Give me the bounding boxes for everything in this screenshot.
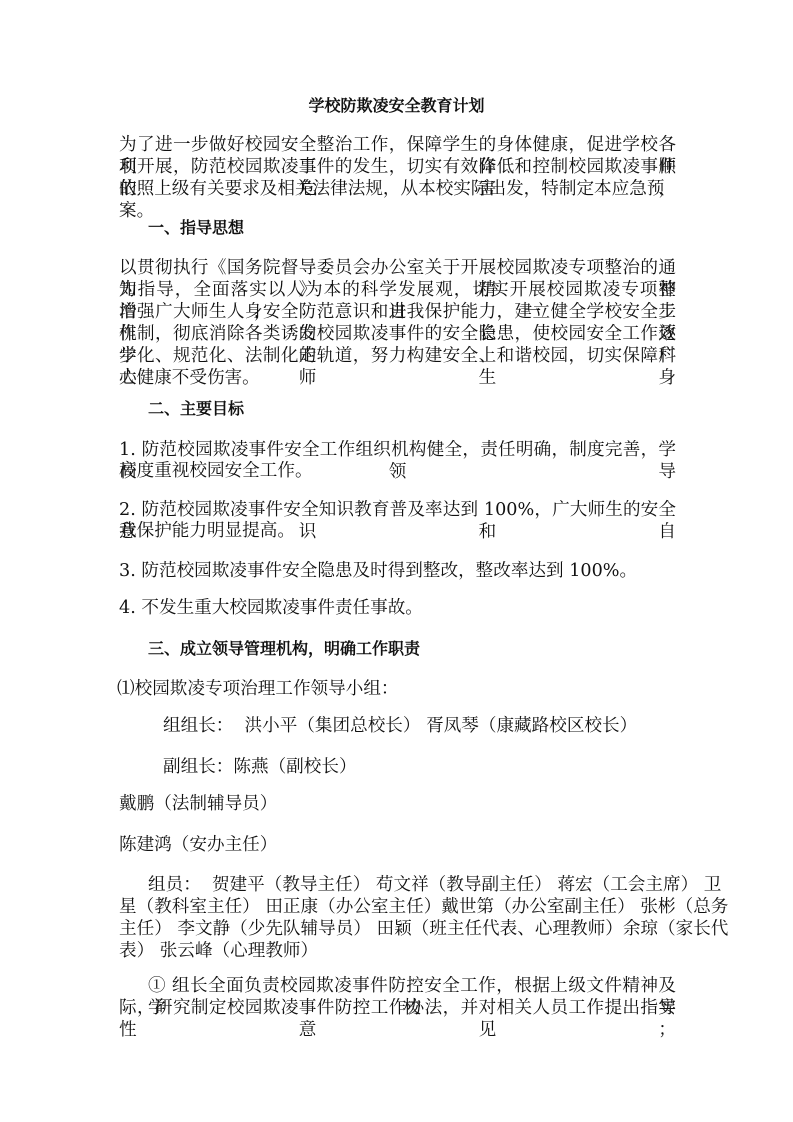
members-line: 组员： 贺建平（教导主任） 苟文祥（教导副主任） 蒋宏（工会主席） 卫 [148, 874, 676, 896]
document-title: 学校防欺凌安全教育计划 [0, 95, 793, 117]
document-page: 学校防欺凌安全教育计划 为了进一步做好校园安全整治工作，保障学生的身体健康，促进… [0, 0, 793, 1122]
paragraph-line: 心健康不受伤害。 [119, 367, 676, 389]
members-line: 主任） 李文静（少先队辅导员） 田颖（班主任代表、心理教师）余琼（家长代 [119, 918, 676, 940]
section-heading-leadership: 三、成立领导管理机构，明确工作职责 [148, 638, 420, 660]
member-line-legal-advisor: 戴鹏（法制辅导员） [119, 793, 277, 815]
subheading-leadership-group: ⑴校园欺凌专项治理工作领导小组： [117, 678, 399, 700]
members-line: 星（教科室主任） 田正康（办公室主任）戴世第（办公室副主任） 张彬（总务 [119, 896, 676, 918]
goal-line: 4. 不发生重大校园欺凌事件责任事故。 [119, 597, 676, 619]
member-line-safety-director: 陈建鸿（安办主任） [119, 834, 277, 856]
group-leader-line: 组组长： 洪小平（集团总校长） 胥凤琴（康藏路校区校长） [163, 715, 637, 737]
goal-line: 高度重视校园安全工作。 [119, 460, 676, 482]
deputy-leader-line: 副组长：陈燕（副校长） [163, 756, 357, 778]
section-heading-main-goals: 二、主要目标 [148, 398, 244, 420]
goal-line: 3. 防范校园欺凌事件安全隐患及时得到整改，整改率达到 100%。 [119, 560, 676, 582]
section-heading-guiding-ideology: 一、指导思想 [148, 217, 244, 239]
duty-line: 际，研究制定校园欺凌事件防控工作办法，并对相关人员工作提出指导性意见； [119, 997, 676, 1041]
members-line: 表） 张云峰（心理教师） [119, 940, 676, 962]
goal-line: 我保护能力明显提高。 [119, 520, 676, 542]
intro-line: 依照上级有关要求及相关法律法规，从本校实际出发，特制定本应急预案。 [119, 178, 676, 222]
